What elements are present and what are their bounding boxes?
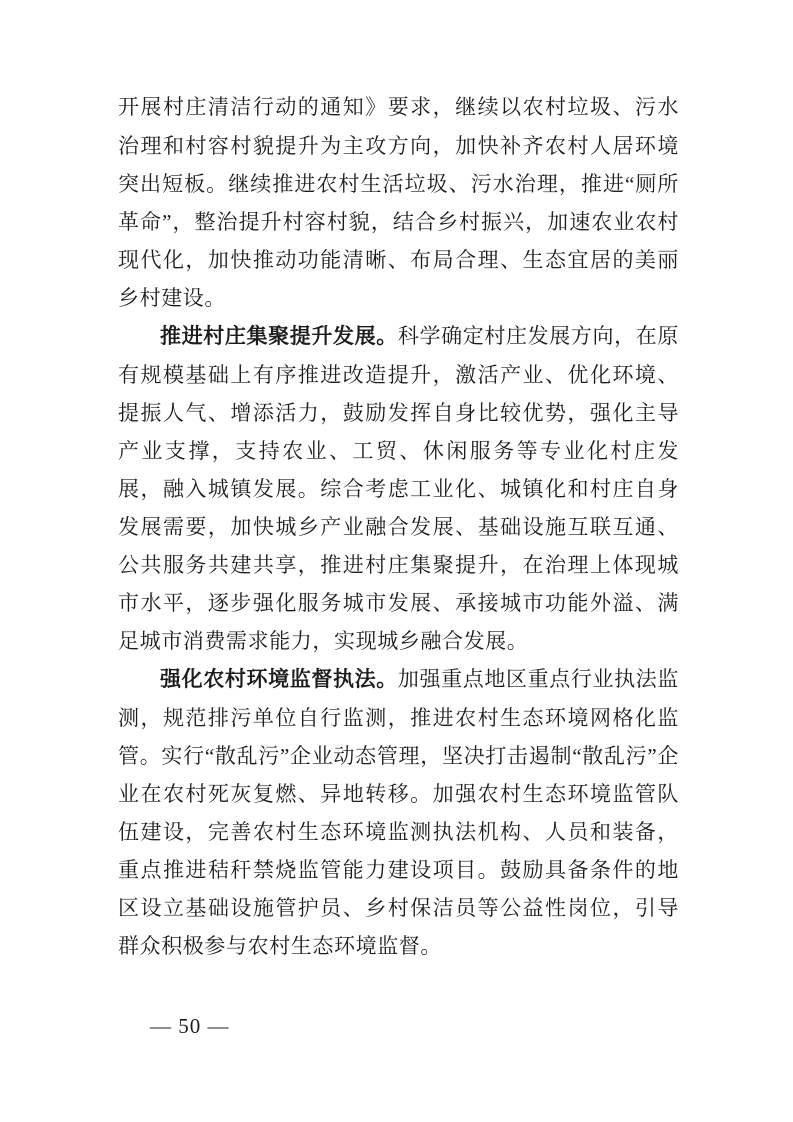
document-body: 开展村庄清洁行动的通知》要求，继续以农村垃圾、污水治理和村容村貌提升为主攻方向，… [118, 88, 679, 965]
paragraph-1: 开展村庄清洁行动的通知》要求，继续以农村垃圾、污水治理和村容村貌提升为主攻方向，… [118, 88, 679, 317]
paragraph-2-bold-lead: 推进村庄集聚提升发展。 [160, 325, 398, 348]
paragraph-3-text: 加强重点地区重点行业执法监测，规范排污单位自行监测，推进农村生态环境网格化监管。… [118, 667, 679, 958]
paragraph-3-bold-lead: 强化农村环境监督执法。 [160, 668, 398, 691]
paragraph-2: 推进村庄集聚提升发展。科学确定村庄发展方向，在原有规模基础上有序推进改造提升，激… [118, 317, 679, 660]
page-number: — 50 — [150, 1014, 230, 1038]
paragraph-3: 强化农村环境监督执法。加强重点地区重点行业执法监测，规范排污单位自行监测，推进农… [118, 660, 679, 965]
document-page: 开展村庄清洁行动的通知》要求，继续以农村垃圾、污水治理和村容村貌提升为主攻方向，… [0, 0, 793, 1122]
paragraph-2-text: 科学确定村庄发展方向，在原有规模基础上有序推进改造提升，激活产业、优化环境、提振… [118, 324, 679, 653]
page-footer: — 50 — [150, 1014, 230, 1039]
paragraph-1-text: 开展村庄清洁行动的通知》要求，继续以农村垃圾、污水治理和村容村貌提升为主攻方向，… [118, 95, 679, 310]
